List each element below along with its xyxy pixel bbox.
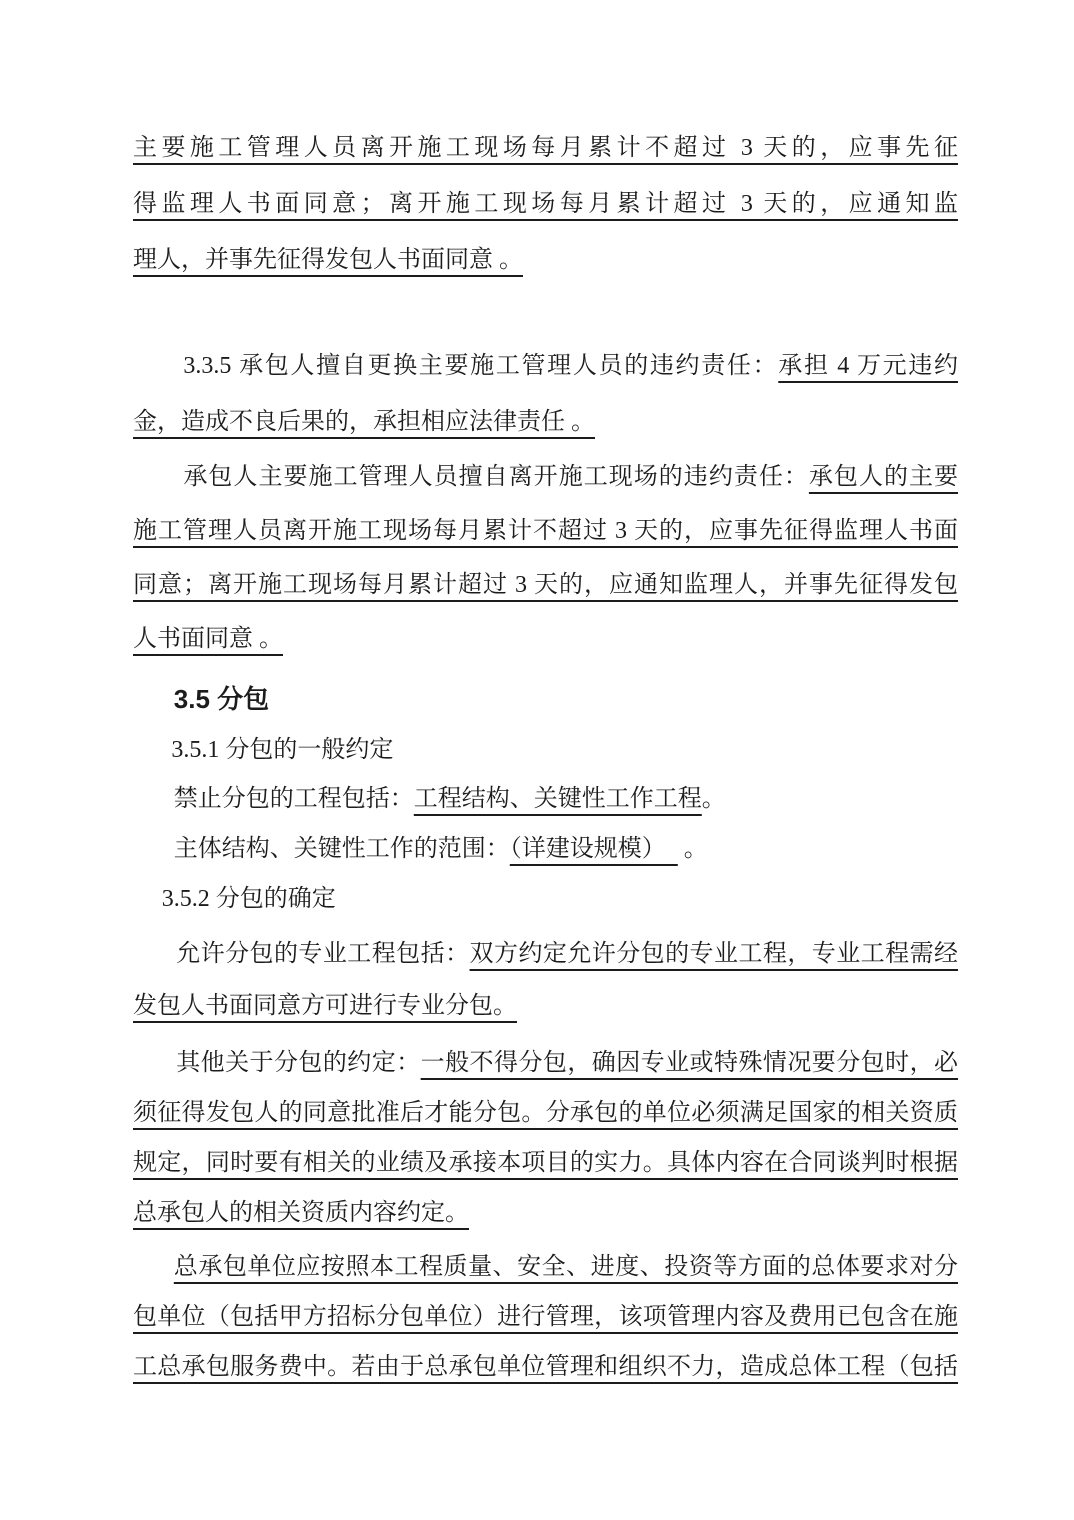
clause-text: 3.5.1 分包的一般约定 xyxy=(171,737,393,763)
filled-in-underlined-text: 工程结构、关键性工作工程 xyxy=(414,786,702,812)
filled-in-underlined-text: 规定，同时要有相关的业绩及承接本项目的实力。具体内容在合同谈判时根据 xyxy=(133,1150,958,1176)
clause-text: 。 xyxy=(702,786,726,812)
document-body: 主要施工管理人员离开施工现场每月累计不超过 3 天的，应事先征得监理人书面同意；… xyxy=(133,120,958,1392)
filled-in-underlined-text: 发包人书面同意方可进行专业分包。 xyxy=(133,993,517,1019)
document-line: 其他关于分包的约定：一般不得分包，确因专业或特殊情况要分包时，必 xyxy=(133,1038,958,1088)
document-line: 总承包单位应按照本工程质量、安全、进度、投资等方面的总体要求对分 xyxy=(133,1242,958,1292)
filled-in-underlined-text: 得监理人书面同意；离开施工现场每月累计超过 3 天的，应通知监 xyxy=(133,191,958,217)
document-line: 主体结构、关键性工作的范围：（详建设规模） 。 xyxy=(133,824,958,874)
filled-in-underlined-text: 双方约定允许分包的专业工程，专业工程需经 xyxy=(470,941,958,967)
document-page: 主要施工管理人员离开施工现场每月累计不超过 3 天的，应事先征得监理人书面同意；… xyxy=(0,0,1074,1520)
document-line: 包单位（包括甲方招标分包单位）进行管理，该项管理内容及费用已包含在施 xyxy=(133,1292,958,1342)
clause-text: 承包人主要施工管理人员擅自离开施工现场的违约责任： xyxy=(183,464,809,490)
filled-in-underlined-text: 包单位（包括甲方招标分包单位）进行管理，该项管理内容及费用已包含在施 xyxy=(133,1304,958,1330)
filled-in-underlined-text: 一般不得分包，确因专业或特殊情况要分包时，必 xyxy=(421,1050,958,1076)
clause-text: 3.5.2 分包的确定 xyxy=(162,886,336,912)
clause-text: 3.3.5 承包人擅自更换主要施工管理人员的违约责任： xyxy=(183,353,778,379)
filled-in-underlined-text: 须征得发包人的同意批准后才能分包。分承包的单位必须满足国家的相关资质 xyxy=(133,1100,958,1126)
document-line: 人书面同意 。 xyxy=(133,612,958,666)
clause-text: 主体结构、关键性工作的范围： xyxy=(174,836,510,862)
document-line: 主要施工管理人员离开施工现场每月累计不超过 3 天的，应事先征 xyxy=(133,120,958,176)
document-line: 发包人书面同意方可进行专业分包。 xyxy=(133,980,958,1032)
clause-text: 。 xyxy=(678,836,708,862)
filled-in-underlined-text: 同意；离开施工现场每月累计超过 3 天的，应通知监理人，并事先征得发包 xyxy=(133,572,958,598)
filled-in-underlined-text: 总承包单位应按照本工程质量、安全、进度、投资等方面的总体要求对分 xyxy=(174,1254,958,1280)
filled-in-underlined-text: 主要施工管理人员离开施工现场每月累计不超过 3 天的，应事先征 xyxy=(133,135,958,161)
document-line: 3.5.2 分包的确定 xyxy=(133,874,958,924)
clause-text: 禁止分包的工程包括： xyxy=(174,786,414,812)
document-line: 规定，同时要有相关的业绩及承接本项目的实力。具体内容在合同谈判时根据 xyxy=(133,1138,958,1188)
document-line: 允许分包的专业工程包括：双方约定允许分包的专业工程，专业工程需经 xyxy=(133,928,958,980)
document-line: 承包人主要施工管理人员擅自离开施工现场的违约责任：承包人的主要 xyxy=(133,450,958,504)
document-line: 得监理人书面同意；离开施工现场每月累计超过 3 天的，应通知监 xyxy=(133,176,958,232)
filled-in-underlined-text: 人书面同意 。 xyxy=(133,626,283,652)
document-line: 施工管理人员离开施工现场每月累计不超过 3 天的，应事先征得监理人书面 xyxy=(133,504,958,558)
filled-in-underlined-text: （详建设规模） xyxy=(510,836,678,862)
document-line: 禁止分包的工程包括：工程结构、关键性工作工程。 xyxy=(133,774,958,824)
document-line: 总承包人的相关资质内容约定。 xyxy=(133,1188,958,1238)
document-line: 工总承包服务费中。若由于总承包单位管理和组织不力，造成总体工程（包括 xyxy=(133,1342,958,1392)
filled-in-underlined-text: 金，造成不良后果的，承担相应法律责任 。 xyxy=(133,409,595,435)
document-line: 理人，并事先征得发包人书面同意 。 xyxy=(133,232,958,288)
clause-text: 其他关于分包的约定： xyxy=(176,1050,420,1076)
document-line: 3.5.1 分包的一般约定 xyxy=(133,726,958,774)
clause-text: 允许分包的专业工程包括： xyxy=(176,941,469,967)
filled-in-underlined-text: 承包人的主要 xyxy=(809,464,958,490)
section-heading: 3.5 分包 xyxy=(133,674,958,726)
filled-in-underlined-text: 总承包人的相关资质内容约定。 xyxy=(133,1200,469,1226)
document-line: 金，造成不良后果的，承担相应法律责任 。 xyxy=(133,394,958,450)
document-line: 3.3.5 承包人擅自更换主要施工管理人员的违约责任：承担 4 万元违约 xyxy=(133,338,958,394)
document-line: 同意；离开施工现场每月累计超过 3 天的，应通知监理人，并事先征得发包 xyxy=(133,558,958,612)
clause-text: 3.5 分包 xyxy=(174,684,269,714)
document-line: 须征得发包人的同意批准后才能分包。分承包的单位必须满足国家的相关资质 xyxy=(133,1088,958,1138)
filled-in-underlined-text: 工总承包服务费中。若由于总承包单位管理和组织不力，造成总体工程（包括 xyxy=(133,1354,958,1380)
filled-in-underlined-text: 理人，并事先征得发包人书面同意 。 xyxy=(133,247,523,273)
filled-in-underlined-text: 承担 4 万元违约 xyxy=(778,353,958,379)
filled-in-underlined-text: 施工管理人员离开施工现场每月累计不超过 3 天的，应事先征得监理人书面 xyxy=(133,518,958,544)
